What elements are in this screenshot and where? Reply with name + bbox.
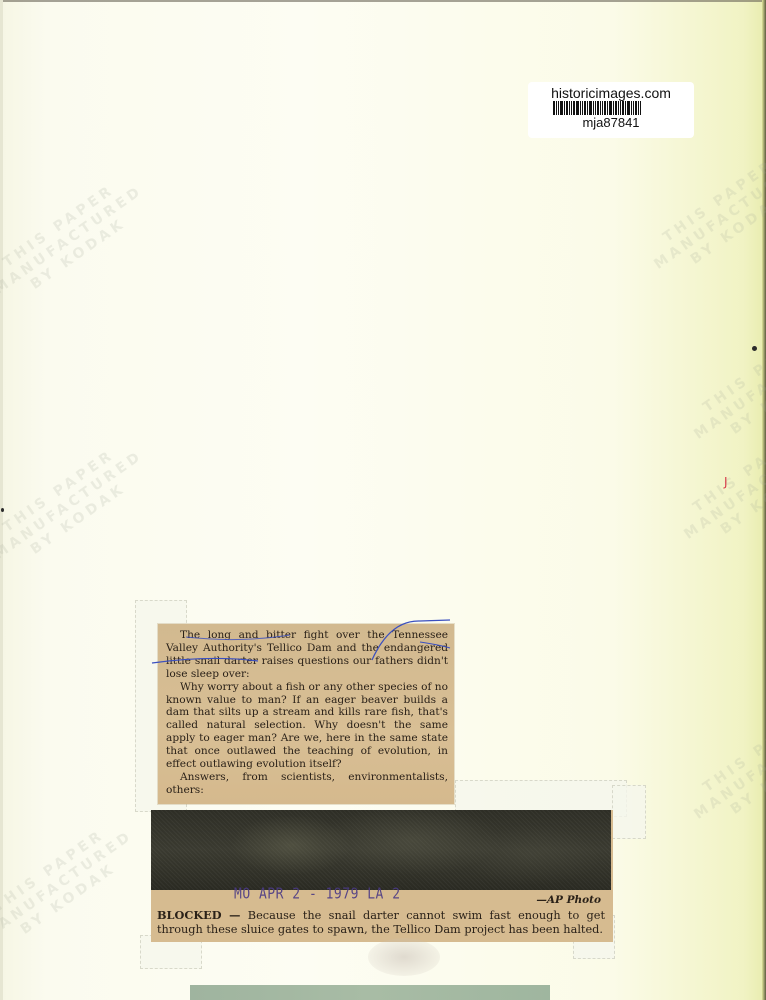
date-stamp: MO APR 2 - 1979 LA 2 xyxy=(234,886,401,903)
kodak-watermark: THIS PAPER MANUFACTURED BY KODAK xyxy=(0,814,146,958)
spot-mark xyxy=(1,508,4,512)
green-paper-strip xyxy=(190,985,550,1000)
kodak-watermark: THIS PAPER MANUFACTURED BY KODAK xyxy=(681,314,766,458)
caption-lead: BLOCKED — xyxy=(157,908,240,922)
kodak-watermark: THIS PAPER MANUFACTURED BY KODAK xyxy=(681,694,766,838)
kodak-watermark: THIS PAPER MANUFACTURED BY KODAK xyxy=(0,169,156,313)
halftone-photo xyxy=(151,810,611,890)
photo-left-edge xyxy=(0,0,3,1000)
glue-stain xyxy=(368,938,440,976)
article-text: The long and bitter fight over the Tenne… xyxy=(166,629,448,797)
article-paragraph: Answers, from scientists, environmentali… xyxy=(166,771,448,797)
article-paragraph: The long and bitter fight over the Tenne… xyxy=(166,629,448,681)
photo-caption-clipping: MO APR 2 - 1979 LA 2 —AP Photo BLOCKED —… xyxy=(151,810,613,942)
photo-top-edge xyxy=(0,0,766,2)
red-pen-mark: J xyxy=(724,475,728,489)
barcode-label: historicimages.com mja87841 xyxy=(528,82,694,138)
photo-credit: —AP Photo xyxy=(536,894,601,906)
article-clipping: The long and bitter fight over the Tenne… xyxy=(158,624,454,804)
article-paragraph: Why worry about a fish or any other spec… xyxy=(166,681,448,771)
barcode-icon xyxy=(553,101,669,115)
spot-mark xyxy=(752,346,757,351)
label-item-id: mja87841 xyxy=(528,115,694,130)
label-site-name: historicimages.com xyxy=(528,85,694,101)
kodak-watermark: THIS PAPER MANUFACTURED BY KODAK xyxy=(641,144,766,288)
tape-strip xyxy=(612,785,646,839)
photo-caption: BLOCKED — Because the snail darter canno… xyxy=(157,909,605,936)
kodak-watermark: THIS PAPER MANUFACTURED BY KODAK xyxy=(0,434,156,578)
